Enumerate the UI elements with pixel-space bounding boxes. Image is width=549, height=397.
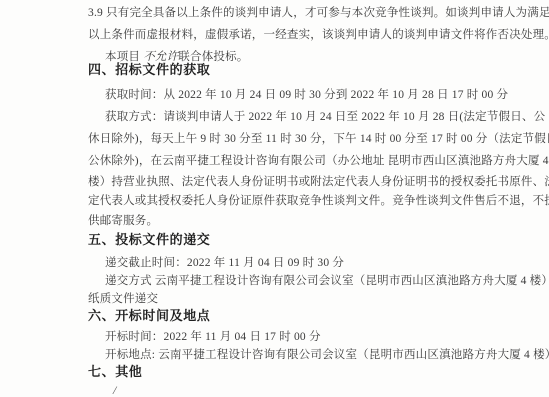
- section4-obtain-time: 获取时间：从 2022 年 10 月 24 日 09 时 30 分到 2022 …: [105, 88, 508, 102]
- section6-open-time: 开标时间：2022 年 11 月 04 日 17 时 00 分: [105, 330, 321, 344]
- section5-method-line-1: 递交方式 云南平捷工程设计咨询有限公司会议室（昆明市西山区滇池路方舟大厦 4 楼…: [105, 274, 549, 288]
- section5-heading: 五、投标文件的递交: [88, 233, 210, 247]
- document-page: 3.9 只有完全具备以上条件的谈判申请人，才可参与本次竞争性谈判。如谈判申请人为…: [0, 0, 549, 397]
- section4-method-line-6: 供邮寄服务。: [88, 214, 158, 228]
- clause-3-9-line-2: 以上条件而虚报材料，虚假承诺，一经查实，该谈判申请人的谈判申请文件将作否决处理。…: [88, 28, 549, 42]
- section4-method-line-5: 定代表人或其授权委托人身份证原件获取竞争性谈判文件。竞争性谈判文件售后不退，不提: [88, 194, 549, 208]
- clause-3-9-line-1: 3.9 只有完全具备以上条件的谈判申请人，才可参与本次竞争性谈判。如谈判申请人为…: [88, 6, 549, 20]
- section4-method-line-2: 休日除外)，每天上午 9 时 30 分至 11 时 30 分，下午 14 时 0…: [88, 132, 549, 146]
- section4-method-line-1: 获取方式：请谈判申请人于 2022 年 10 月 24 日至 2022 年 10…: [105, 110, 545, 124]
- section4-method-line-3: 公休除外)，在云南平捷工程设计咨询有限公司（办公地址 昆明市西山区滇池路方舟大厦…: [88, 154, 549, 168]
- section6-heading: 六、开标时间及地点: [88, 309, 210, 323]
- section4-heading: 四、招标文件的获取: [88, 63, 210, 77]
- section6-open-place: 开标地点: 云南平捷工程设计咨询有限公司会议室（昆明市西山区滇池路方舟大厦 4 …: [105, 348, 549, 362]
- section7-heading: 七、其他: [88, 365, 142, 379]
- section4-method-line-4: 楼）持营业执照、法定代表人身份证明书或附法定代表人身份证明书的授权委托书原件、法: [88, 175, 549, 189]
- section7-content: /: [113, 383, 117, 397]
- section5-method-line-2: 纸质文件递交: [88, 292, 158, 306]
- section5-deadline: 递交截止时间：2022 年 11 月 04 日 09 时 30 分: [105, 256, 344, 270]
